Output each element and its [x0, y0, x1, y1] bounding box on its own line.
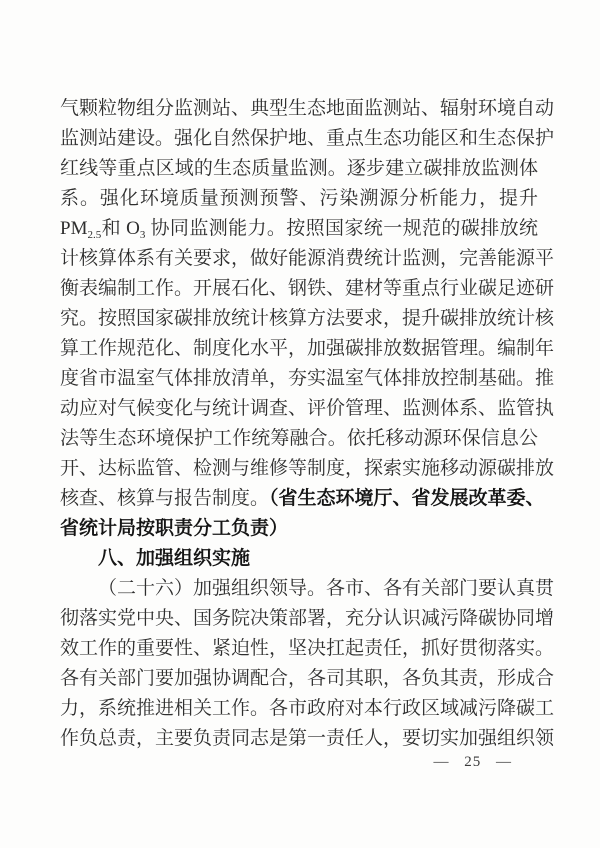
text-segment: PM	[60, 218, 87, 239]
text-line: 开、达标监管、检测与维修等制度，探索实施移动源碳排放	[60, 454, 538, 484]
text-segment: 法等生态环境保护工作统筹融合。依托移动源环保信息公	[60, 428, 538, 449]
text-line: 作负总责，主要负责同志是第一责任人，要切实加强组织领	[60, 724, 538, 754]
text-segment: 效工作的重要性、紧迫性，坚决扛起责任，抓好贯彻落实。	[60, 638, 554, 659]
text-segment: 衡表编制工作。开展石化、钢铁、建材等重点行业碳足迹研	[60, 278, 554, 299]
text-segment: 红线等重点区域的生态质量监测。逐步建立碳排放监测体	[60, 158, 538, 179]
text-segment: 彻落实党中央、国务院决策部署，充分认识减污降碳协同增	[60, 608, 554, 629]
text-segment: 气颗粒物组分监测站、典型生态地面监测站、辐射环境自动	[60, 98, 554, 119]
text-line: 红线等重点区域的生态质量监测。逐步建立碳排放监测体	[60, 154, 538, 184]
text-line: 彻落实党中央、国务院决策部署，充分认识减污降碳协同增	[60, 604, 538, 634]
text-line: 气颗粒物组分监测站、典型生态地面监测站、辐射环境自动	[60, 94, 538, 124]
page-number: — 25 —	[434, 752, 513, 772]
text-line: 各有关部门要加强协调配合，各司其职，各负其责，形成合	[60, 664, 538, 694]
text-line: 监测站建设。强化自然保护地、重点生态功能区和生态保护	[60, 124, 538, 154]
text-segment: 计核算体系有关要求，做好能源消费统计监测，完善能源平	[60, 248, 554, 269]
text-line: 究。按照国家碳排放统计核算方法要求，提升碳排放统计核	[60, 304, 538, 334]
bold-text-segment: 八、加强组织实施	[98, 548, 250, 569]
text-line: 核查、核算与报告制度。（省生态环境厅、省发展改革委、	[60, 484, 538, 514]
text-segment: 开、达标监管、检测与维修等制度，探索实施移动源碳排放	[60, 458, 554, 479]
bold-text-segment: （省生态环境厅、省发展改革委、	[269, 488, 545, 509]
text-line: 省统计局按职责分工负责）	[60, 514, 538, 544]
text-segment: 监测站建设。强化自然保护地、重点生态功能区和生态保护	[60, 128, 554, 149]
document-body: 气颗粒物组分监测站、典型生态地面监测站、辐射环境自动监测站建设。强化自然保护地、…	[60, 94, 538, 754]
text-segment: 2.5	[87, 229, 101, 241]
text-line: 度省市温室气体排放清单，夯实温室气体排放控制基础。推	[60, 364, 538, 394]
text-segment: 作负总责，主要负责同志是第一责任人，要切实加强组织领	[60, 728, 554, 749]
text-segment: 究。按照国家碳排放统计核算方法要求，提升碳排放统计核	[60, 308, 554, 329]
text-line: 衡表编制工作。开展石化、钢铁、建材等重点行业碳足迹研	[60, 274, 538, 304]
text-segment: 度省市温室气体排放清单，夯实温室气体排放控制基础。推	[60, 368, 554, 389]
text-line: 系。强化环境质量预测预警、污染溯源分析能力，提升	[60, 184, 538, 214]
text-line: 动应对气候变化与统计调查、评价管理、监测体系、监管执	[60, 394, 538, 424]
text-line: 算工作规范化、制度化水平，加强碳排放数据管理。编制年	[60, 334, 538, 364]
text-segment: 动应对气候变化与统计调查、评价管理、监测体系、监管执	[60, 398, 554, 419]
text-segment: 各有关部门要加强协调配合，各司其职，各负其责，形成合	[60, 668, 554, 689]
text-segment: 和	[101, 218, 126, 239]
text-segment: 系。强化环境质量预测预警、污染溯源分析能力，提升	[60, 188, 538, 209]
text-segment: 算工作规范化、制度化水平，加强碳排放数据管理。编制年	[60, 338, 554, 359]
text-line: 效工作的重要性、紧迫性，坚决扛起责任，抓好贯彻落实。	[60, 634, 538, 664]
bold-text-segment: 省统计局按职责分工负责）	[60, 518, 288, 539]
text-line: 八、加强组织实施	[60, 544, 538, 574]
text-line: PM2.5和 O3 协同监测能力。按照国家统一规范的碳排放统	[60, 214, 538, 244]
text-segment: 核查、核算与报告制度。	[60, 488, 269, 509]
text-segment: （二十六）加强组织领导。各市、各有关部门要认真贯	[98, 578, 554, 599]
document-page: 气颗粒物组分监测站、典型生态地面监测站、辐射环境自动监测站建设。强化自然保护地、…	[0, 0, 600, 848]
text-segment: 协同监测能力。按照国家统一规范的碳排放统	[145, 218, 538, 239]
text-line: （二十六）加强组织领导。各市、各有关部门要认真贯	[60, 574, 538, 604]
text-line: 力，系统推进相关工作。各市政府对本行政区域减污降碳工	[60, 694, 538, 724]
text-line: 计核算体系有关要求，做好能源消费统计监测，完善能源平	[60, 244, 538, 274]
text-segment: O	[126, 218, 140, 239]
text-segment: 力，系统推进相关工作。各市政府对本行政区域减污降碳工	[60, 698, 554, 719]
text-line: 法等生态环境保护工作统筹融合。依托移动源环保信息公	[60, 424, 538, 454]
